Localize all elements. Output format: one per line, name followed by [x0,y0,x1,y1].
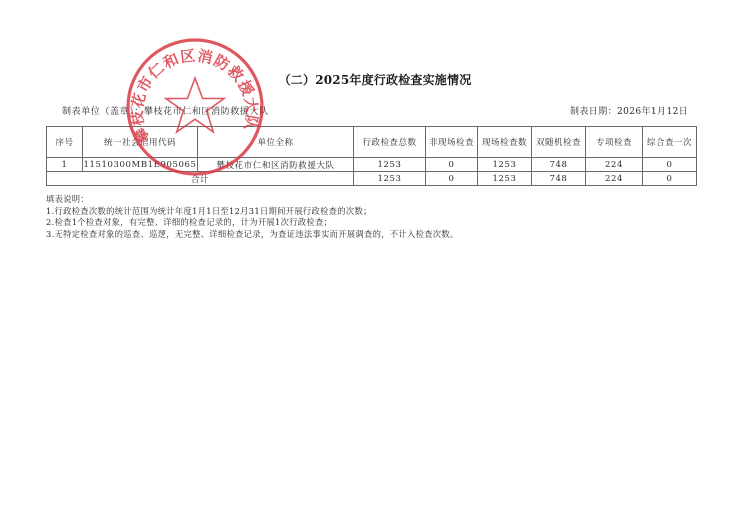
cell-offsite: 0 [426,158,478,172]
cell-index: 1 [47,158,83,172]
header-cell: 非现场检查 [426,127,478,158]
unit-line: 制表单位（盖章）：攀枝花市仁和区消防救援大队 [62,104,269,117]
total-cell: 0 [426,172,478,186]
total-cell: 1253 [478,172,532,186]
inspection-table: 序号 统一社会信用代码 单位全称 行政检查总数 非现场检查 现场检查数 双随机检… [46,126,697,186]
date-label: 制表日期： [570,107,617,117]
total-cell: 224 [586,172,643,186]
table-header-row: 序号 统一社会信用代码 单位全称 行政检查总数 非现场检查 现场检查数 双随机检… [47,127,697,158]
cell-special: 224 [586,158,643,172]
header-cell: 现场检查数 [478,127,532,158]
total-cell: 1253 [354,172,426,186]
cell-random: 748 [532,158,586,172]
notes-heading: 填表说明： [46,194,459,206]
note-item: 2.检查1个检查对象，有完整、详细的检查记录的，计为开展1次行政检查； [46,217,459,229]
total-cell: 0 [643,172,697,186]
document-title: （二）2025年度行政检查实施情况 [0,71,750,88]
unit-name: 攀枝花市仁和区消防救援大队 [144,107,269,117]
cell-onsite: 1253 [478,158,532,172]
header-cell: 序号 [47,127,83,158]
table-total-row: 合计 1253 0 1253 748 224 0 [47,172,697,186]
notes: 填表说明： 1.行政检查次数的统计范围为统计年度1月1日至12月31日期间开展行… [46,194,459,240]
cell-combined: 0 [643,158,697,172]
cell-total-inspections: 1253 [354,158,426,172]
note-item: 1.行政检查次数的统计范围为统计年度1月1日至12月31日期间开展行政检查的次数… [46,206,459,218]
header-cell: 单位全称 [198,127,354,158]
note-item: 3.无特定检查对象的巡查、巡逻，无完整、详细检查记录，为查证违法事实而开展调查的… [46,229,459,241]
date-value: 2026年1月12日 [617,107,688,117]
cell-unit-name: 攀枝花市仁和区消防救援大队 [198,158,354,172]
header-cell: 行政检查总数 [354,127,426,158]
unit-label: 制表单位（盖章）： [62,107,144,117]
total-label: 合计 [47,172,354,186]
cell-credit-code: 11510300MB1E905065 [83,158,198,172]
date-line: 制表日期：2026年1月12日 [570,104,688,117]
table-row: 1 11510300MB1E905065 攀枝花市仁和区消防救援大队 1253 … [47,158,697,172]
header-cell: 统一社会信用代码 [83,127,198,158]
header-cell: 综合查一次 [643,127,697,158]
header-cell: 双随机检查 [532,127,586,158]
header-cell: 专项检查 [586,127,643,158]
total-cell: 748 [532,172,586,186]
